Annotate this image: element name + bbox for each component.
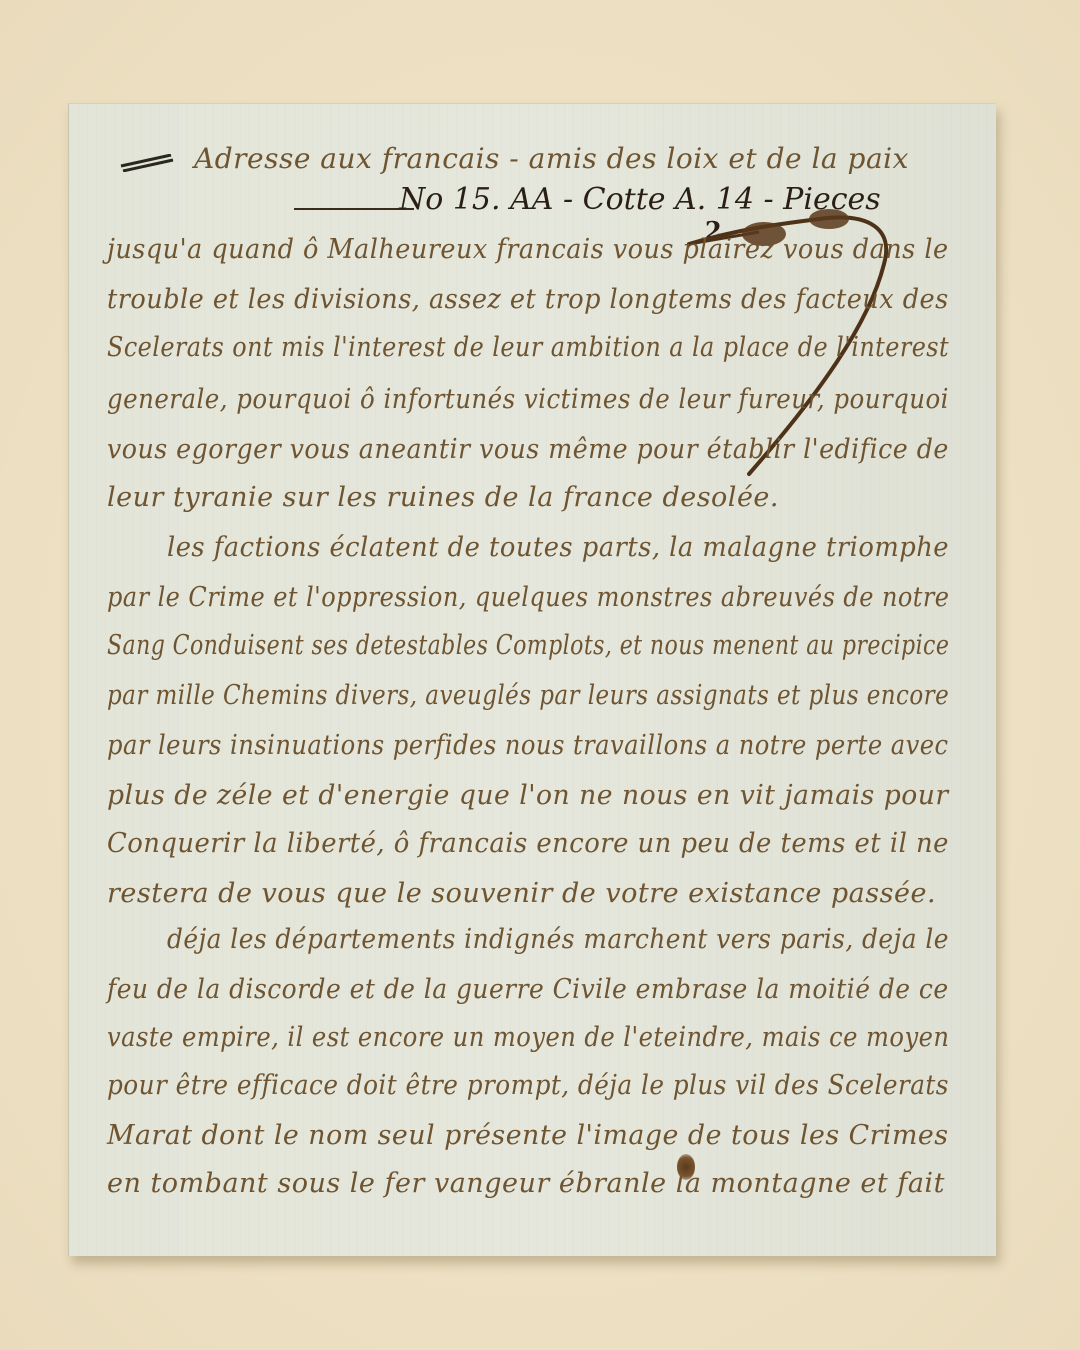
archive-reference: No 15. AA - Cotte A. 14 - Pieces	[399, 182, 881, 217]
text-line: les factions éclatent de toutes parts, l…	[167, 532, 949, 563]
text-line: en tombant sous le fer vangeur ébranle l…	[107, 1168, 945, 1199]
ink-stain	[677, 1154, 695, 1180]
double-slash-mark-icon	[119, 154, 174, 172]
manuscript-page: Adresse aux francais - amis des loix et …	[68, 103, 996, 1256]
text-line: restera de vous que le souvenir de votre…	[107, 878, 936, 909]
text-line: feu de la discorde et de la guerre Civil…	[107, 974, 949, 1005]
text-line: vous egorger vous aneantir vous même pou…	[107, 434, 949, 465]
text-line: generale, pourquoi ô infortunés victimes…	[107, 384, 949, 415]
text-line: par mille Chemins divers, aveuglés par l…	[107, 680, 949, 711]
text-line: plus de zéle et d'energie que l'on ne no…	[107, 780, 949, 811]
text-line: par le Crime et l'oppression, quelques m…	[107, 582, 949, 613]
text-line: Marat dont le nom seul présente l'image …	[107, 1120, 949, 1151]
text-line: déja les départements indignés marchent …	[167, 924, 949, 955]
text-line: Conquerir la liberté, ô francais encore …	[107, 828, 949, 859]
text-line: trouble et les divisions, assez et trop …	[107, 284, 949, 315]
text-line: Scelerats ont mis l'interest de leur amb…	[107, 332, 949, 363]
text-line: Sang Conduisent ses detestables Complots…	[107, 630, 949, 661]
text-line: pour être efficace doit être prompt, déj…	[107, 1070, 949, 1101]
text-line: jusqu'a quand ô Malheureux francais vous…	[107, 234, 949, 265]
text-line: vaste empire, il est encore un moyen de …	[107, 1022, 949, 1053]
document-title: Adresse aux francais - amis des loix et …	[194, 142, 909, 175]
archive-underline	[294, 208, 414, 210]
text-line: leur tyranie sur les ruines de la france…	[107, 482, 779, 513]
text-line: par leurs insinuations perfides nous tra…	[107, 730, 949, 761]
